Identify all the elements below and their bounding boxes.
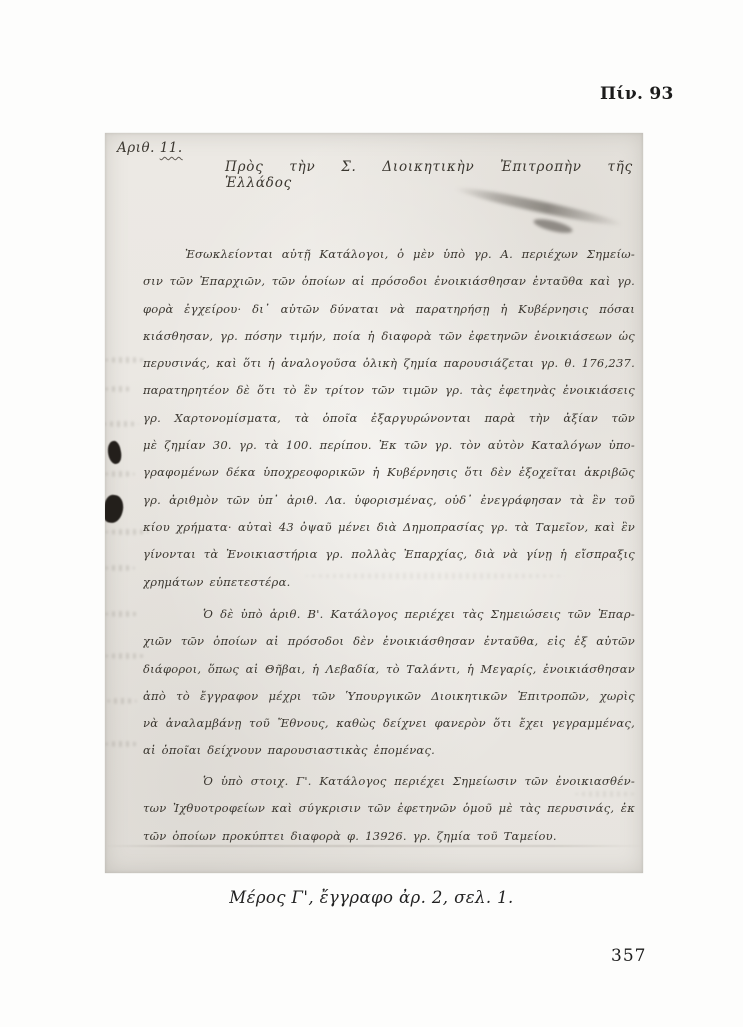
document-number-prefix: Αριθ. <box>117 140 155 156</box>
manuscript-line: μὲ ζημίαν 30. γρ. τὰ 100. περίπου. Ἐκ τῶ… <box>143 432 635 459</box>
bleedthrough-mark <box>305 573 565 579</box>
manuscript-line: κιάσθησαν, γρ. πόσην τιμήν, ποία ἡ διαφο… <box>143 323 635 350</box>
bleedthrough-mark <box>105 421 139 427</box>
manuscript-line: ἀπὸ τὸ ἔγγραφον μέχρι τῶν Ὑπουργικῶν Διο… <box>143 683 635 710</box>
manuscript-line: αἱ ὁποῖαι δείχνουν παρουσιαστικὰς ἑπομέν… <box>143 737 635 764</box>
bleedthrough-mark <box>105 386 133 392</box>
manuscript-scan-image: Αριθ. 11. Πρὸς τὴν Σ. Διοικητικὴν Ἐπιτρο… <box>105 133 643 873</box>
document-number-value: 11. <box>160 140 185 156</box>
bleedthrough-mark <box>107 698 137 704</box>
manuscript-paragraph: Ἐσωκλείονται αὐτῇ Κατάλογοι, ὁ μὲν ὑπὸ γ… <box>143 241 635 596</box>
book-page: { "page": { "plate_label": "Πίν. 93", "c… <box>0 0 743 1027</box>
manuscript-line: χιῶν τῶν ὁποίων αἱ πρόσοδοι δὲν ἐνοικιάσ… <box>143 628 635 655</box>
bleedthrough-mark <box>105 611 139 617</box>
ink-blob <box>105 494 125 524</box>
manuscript-line: γρ. Χαρτονομίσματα, τὰ ὁποῖα ἐξαργυρώνον… <box>143 405 635 432</box>
ink-smudge <box>532 216 573 235</box>
paper-fold-line <box>105 845 643 847</box>
manuscript-line: Ἐσωκλείονται αὐτῇ Κατάλογοι, ὁ μὲν ὑπὸ γ… <box>143 241 635 268</box>
manuscript-heading: Πρὸς τὴν Σ. Διοικητικὴν Ἐπιτροπὴν τῆς Ἑλ… <box>225 159 633 191</box>
manuscript-line: γραφομένων δέκα ὑποχρεοφορικῶν ἡ Κυβέρνη… <box>143 459 635 486</box>
manuscript-line: σιν τῶν Ἐπαρχιῶν, τῶν ὁποίων αἱ πρόσοδοι… <box>143 268 635 295</box>
manuscript-line: κίου χρήματα· αὐταὶ 43 ὀψαῦ μένει διὰ Δη… <box>143 514 635 541</box>
manuscript-line: διάφοροι, ὅπως αἱ Θῆβαι, ἡ Λεβαδία, τὸ Τ… <box>143 656 635 683</box>
manuscript-line: φορὰ ἐγχείρου· δι᾽ αὐτῶν δύναται νὰ παρα… <box>143 296 635 323</box>
manuscript-line: περυσινάς, καὶ ὅτι ἡ ἀναλογοῦσα ὀλικὴ ζη… <box>143 350 635 377</box>
page-number: 357 <box>611 946 646 966</box>
bleedthrough-mark <box>105 471 135 477</box>
bleedthrough-mark <box>105 357 145 363</box>
figure-caption: Μέρος Γ', ἔγγραφο ἀρ. 2, σελ. 1. <box>0 888 743 907</box>
manuscript-paragraph: Ὁ δὲ ὑπὸ ἀριθ. Β'. Κατάλογος περιέχει τὰ… <box>143 601 635 765</box>
manuscript-line: των Ἰχθυοτροφείων καὶ σύγκρισιν τῶν ἐφετ… <box>143 795 635 822</box>
bleedthrough-mark <box>105 741 139 747</box>
document-number-annotation: Αριθ. 11. <box>117 140 185 156</box>
bleedthrough-mark <box>105 565 135 571</box>
bleedthrough-mark <box>575 791 635 797</box>
manuscript-paragraph: Ὁ ὑπὸ στοιχ. Γ'. Κατάλογος περιέχει Σημε… <box>143 768 635 850</box>
ink-blob <box>106 440 123 465</box>
manuscript-line: Ὁ δὲ ὑπὸ ἀριθ. Β'. Κατάλογος περιέχει τὰ… <box>143 601 635 628</box>
bleedthrough-mark <box>105 653 145 659</box>
manuscript-line: παρατηρητέον δὲ ὅτι τὸ ἓν τρίτον τῶν τιμ… <box>143 377 635 404</box>
manuscript-line: γίνονται τὰ Ἐνοικιαστήρια γρ. πολλὰς Ἐπα… <box>143 541 635 568</box>
manuscript-line: νὰ ἀναλαμβάνῃ τοῦ Ἔθνους, καθὼς δείχνει … <box>143 710 635 737</box>
plate-label: Πίν. 93 <box>600 84 674 104</box>
manuscript-line: Ὁ ὑπὸ στοιχ. Γ'. Κατάλογος περιέχει Σημε… <box>143 768 635 795</box>
manuscript-line: γρ. ἀριθμὸν τῶν ὑπ᾽ ἀριθ. Λα. ὑφορισμένα… <box>143 487 635 514</box>
bleedthrough-mark <box>105 529 149 535</box>
